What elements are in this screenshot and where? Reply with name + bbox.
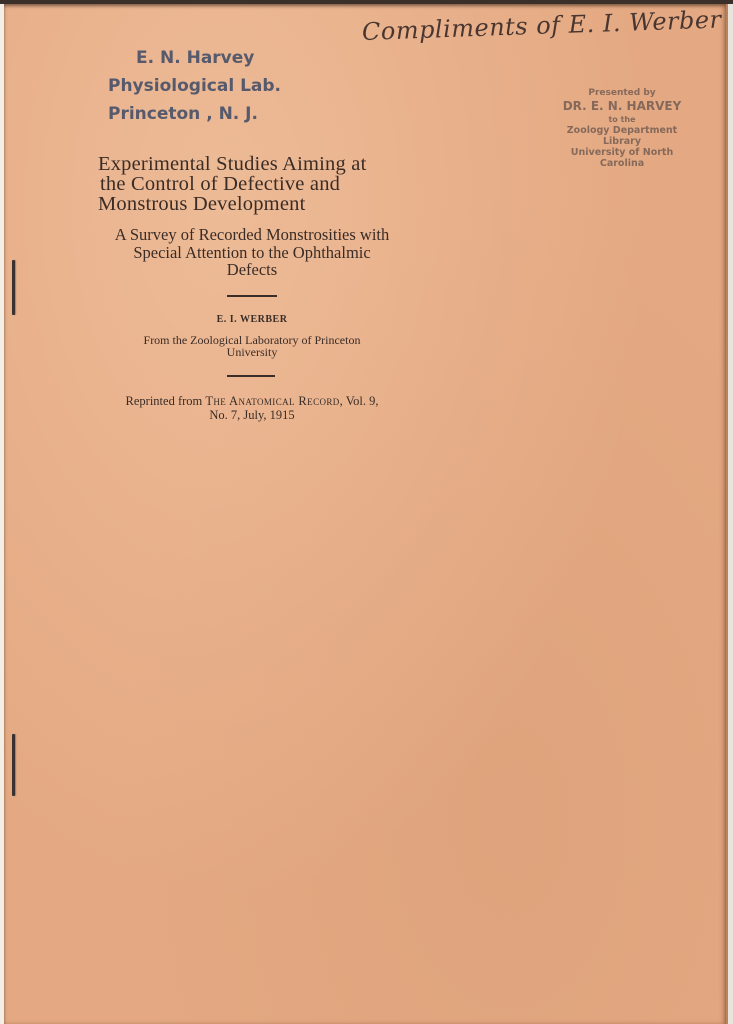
divider-rule — [227, 375, 275, 377]
reprint-volume: , Vol. 9, — [340, 394, 379, 408]
owner-stamp-lab: Physiological Lab. — [108, 72, 281, 100]
title-line: Experimental Studies Aiming at — [96, 154, 408, 174]
subtitle-line: Special Attention to the Ophthalmic — [96, 244, 408, 262]
owner-stamp-name: E. N. Harvey — [108, 44, 281, 72]
journal-name: The Anatomical Record — [205, 394, 339, 408]
staple-top — [12, 260, 15, 315]
document-subtitle: A Survey of Recorded Monstrosities with … — [96, 226, 408, 279]
title-line: the Control of Defective and — [96, 174, 408, 194]
reprint-prefix: Reprinted from — [126, 394, 203, 408]
affiliation-line: University — [96, 346, 408, 358]
owner-stamp: E. N. Harvey Physiological Lab. Princeto… — [108, 44, 281, 128]
subtitle-line: Defects — [96, 261, 408, 279]
title-line: Monstrous Development — [96, 194, 408, 214]
library-stamp-university: University of North Carolina — [552, 147, 692, 169]
library-stamp: Presented by DR. E. N. HARVEY to the Zoo… — [552, 88, 692, 169]
library-stamp-line: Presented by — [552, 88, 692, 99]
staple-bottom — [12, 734, 15, 796]
library-stamp-line: to the — [552, 114, 692, 125]
reprint-issue-date: No. 7, July, 1915 — [96, 408, 408, 422]
owner-stamp-city: Princeton , N. J. — [108, 100, 281, 128]
scan-top-edge — [0, 0, 733, 4]
subtitle-line: A Survey of Recorded Monstrosities with — [96, 226, 408, 244]
author-name: E. I. WERBER — [96, 314, 408, 325]
library-stamp-donor: DR. E. N. HARVEY — [552, 99, 692, 114]
reprint-citation: Reprinted from The Anatomical Record, Vo… — [96, 394, 408, 422]
author-affiliation: From the Zoological Laboratory of Prince… — [96, 334, 408, 358]
library-stamp-library: Zoology Department Library — [552, 125, 692, 147]
document-title: Experimental Studies Aiming at the Contr… — [96, 154, 408, 214]
divider-rule — [227, 295, 277, 297]
